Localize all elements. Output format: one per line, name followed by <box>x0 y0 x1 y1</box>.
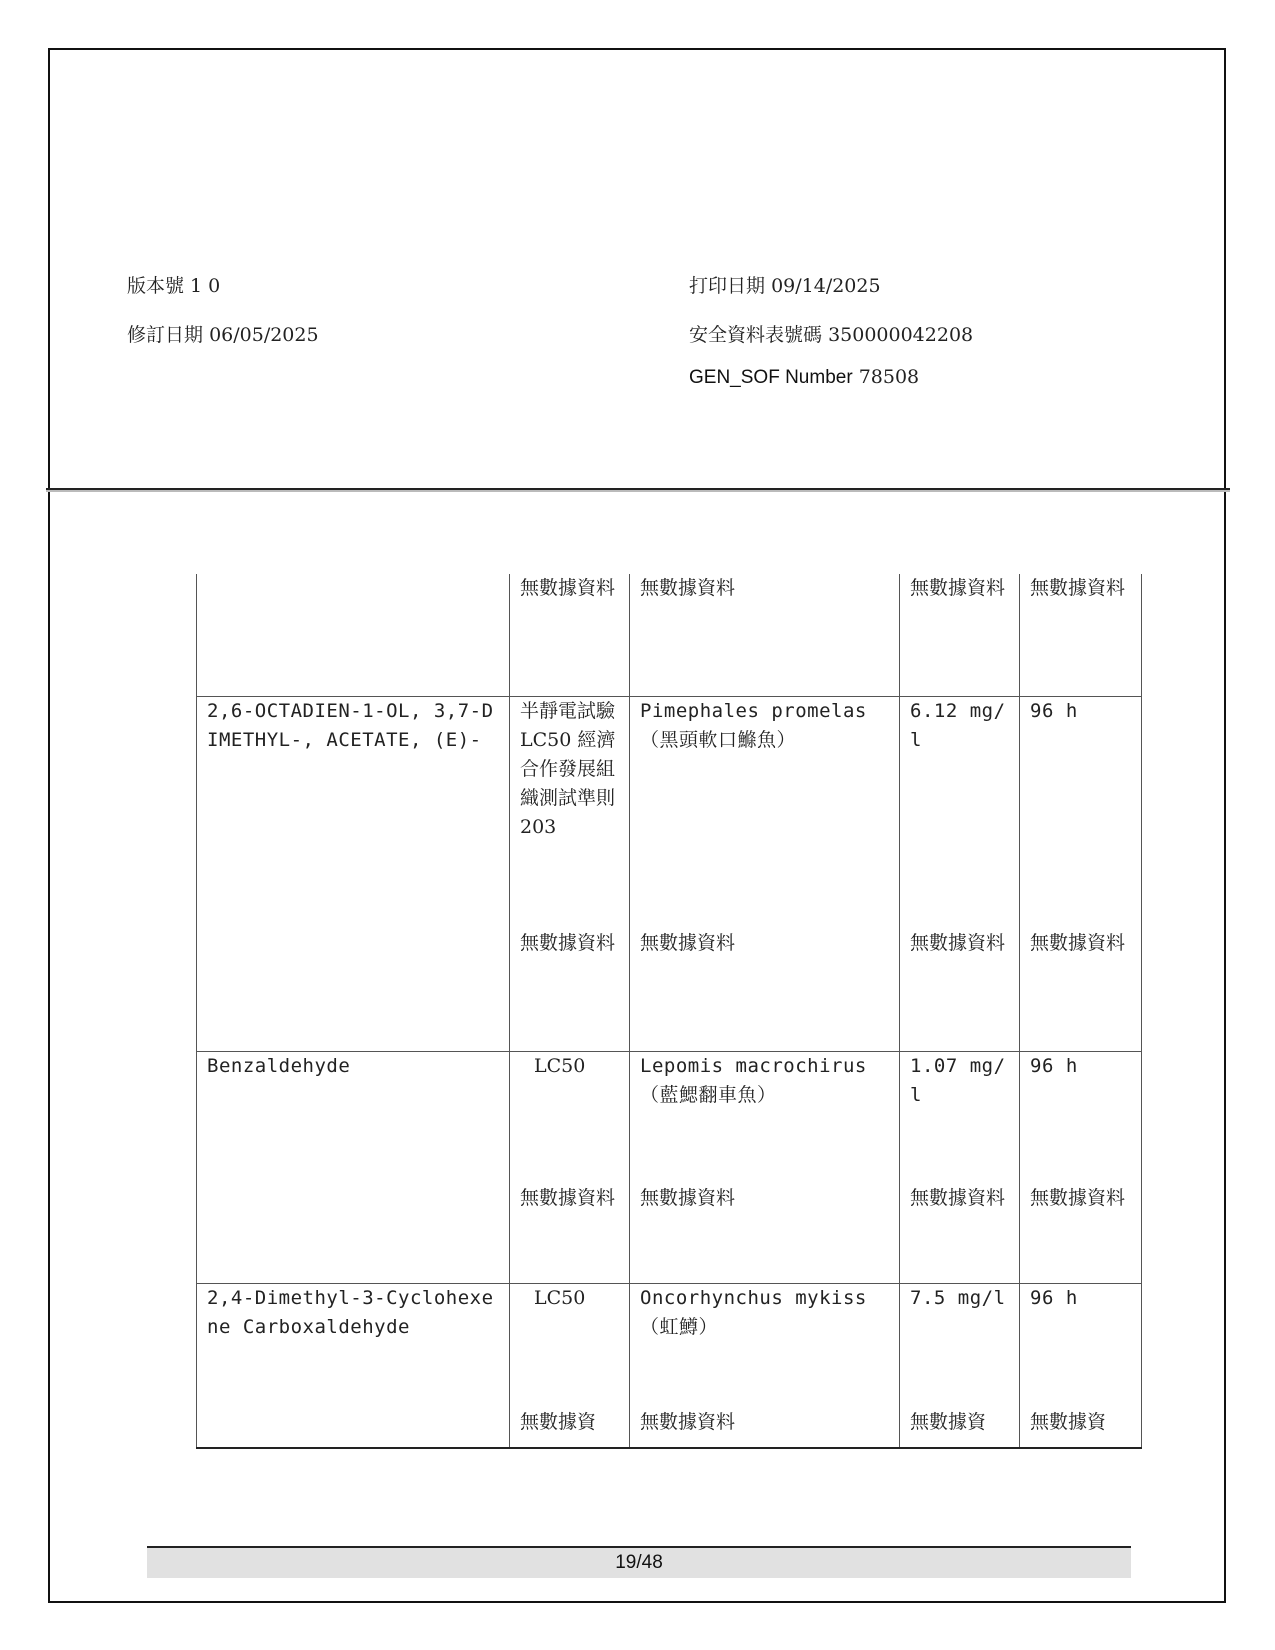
substance-name-cell: 2,6-OCTADIEN-1-OL, 3,7-DIMETHYL-, ACETAT… <box>197 696 510 929</box>
ecotoxicity-table: 無數據資料無數據資料無數據資料無數據資料2,6-OCTADIEN-1-OL, 3… <box>196 574 1142 1449</box>
species-cell: Lepomis macrochirus（藍鰓翻車魚） <box>630 1051 900 1184</box>
species-cell: 無數據資料 <box>630 1184 900 1283</box>
test-type-cell: LC50 <box>510 1051 630 1184</box>
duration-cell: 96 h <box>1020 1283 1142 1408</box>
page-indicator: 19/48 <box>615 1552 663 1573</box>
print-date: 打印日期 09/14/2025 <box>689 271 881 298</box>
table-row: 無數據資料無數據資料無數據資料無數據資料 <box>197 574 1142 696</box>
value-cell: 7.5 mg/l <box>900 1283 1020 1408</box>
revision-date: 修訂日期 06/05/2025 <box>127 320 319 347</box>
substance-name-cell: 2,4-Dimethyl-3-Cyclohexene Carboxaldehyd… <box>197 1283 510 1408</box>
substance-name-cell: Benzaldehyde <box>197 1051 510 1184</box>
duration-cell: 96 h <box>1020 1051 1142 1184</box>
substance-name-cell <box>197 1184 510 1283</box>
duration-cell: 無數據資料 <box>1020 574 1142 696</box>
substance-name-cell <box>197 1408 510 1448</box>
table-row: BenzaldehydeLC50Lepomis macrochirus（藍鰓翻車… <box>197 1051 1142 1184</box>
duration-cell: 無數據資料 <box>1020 1184 1142 1283</box>
value-cell: 6.12 mg/l <box>900 696 1020 929</box>
value-cell: 無數據資料 <box>900 929 1020 1051</box>
value-cell: 無數據資料 <box>900 574 1020 696</box>
ecotoxicity-table-container: 無數據資料無數據資料無數據資料無數據資料2,6-OCTADIEN-1-OL, 3… <box>196 574 1141 1449</box>
table-row: 無數據資料無數據資料無數據資料無數據資料 <box>197 929 1142 1051</box>
test-type-cell: 無數據資料 <box>510 574 630 696</box>
duration-cell: 96 h <box>1020 696 1142 929</box>
duration-cell: 無數據資 <box>1020 1408 1142 1448</box>
test-type-cell: LC50 <box>510 1283 630 1408</box>
duration-cell: 無數據資料 <box>1020 929 1142 1051</box>
gen-sof-number: GEN_SOF Number 78508 <box>689 366 919 389</box>
species-cell: 無數據資料 <box>630 574 900 696</box>
table-row: 無數據資料無數據資料無數據資料無數據資料 <box>197 1184 1142 1283</box>
sds-number: 安全資料表號碼 350000042208 <box>689 320 973 347</box>
value-cell: 1.07 mg/l <box>900 1051 1020 1184</box>
value-cell: 無數據資 <box>900 1408 1020 1448</box>
test-type-cell: 無數據資料 <box>510 929 630 1051</box>
table-row: 2,4-Dimethyl-3-Cyclohexene Carboxaldehyd… <box>197 1283 1142 1408</box>
test-type-cell: 無數據資 <box>510 1408 630 1448</box>
test-type-cell: 半靜電試驗 LC50 經濟合作發展組織測試準則 203 <box>510 696 630 929</box>
species-cell: Oncorhynchus mykiss（虹鱒） <box>630 1283 900 1408</box>
value-cell: 無數據資料 <box>900 1184 1020 1283</box>
table-row: 無數據資無數據資料無數據資無數據資 <box>197 1408 1142 1448</box>
header-divider <box>46 488 1230 492</box>
species-cell: Pimephales promelas（黑頭軟口鰷魚） <box>630 696 900 929</box>
substance-name-cell <box>197 574 510 696</box>
species-cell: 無數據資料 <box>630 929 900 1051</box>
version-number: 版本號 1 0 <box>127 271 220 298</box>
test-type-cell: 無數據資料 <box>510 1184 630 1283</box>
page-footer: 19/48 <box>147 1546 1131 1578</box>
table-row: 2,6-OCTADIEN-1-OL, 3,7-DIMETHYL-, ACETAT… <box>197 696 1142 929</box>
species-cell: 無數據資料 <box>630 1408 900 1448</box>
substance-name-cell <box>197 929 510 1051</box>
